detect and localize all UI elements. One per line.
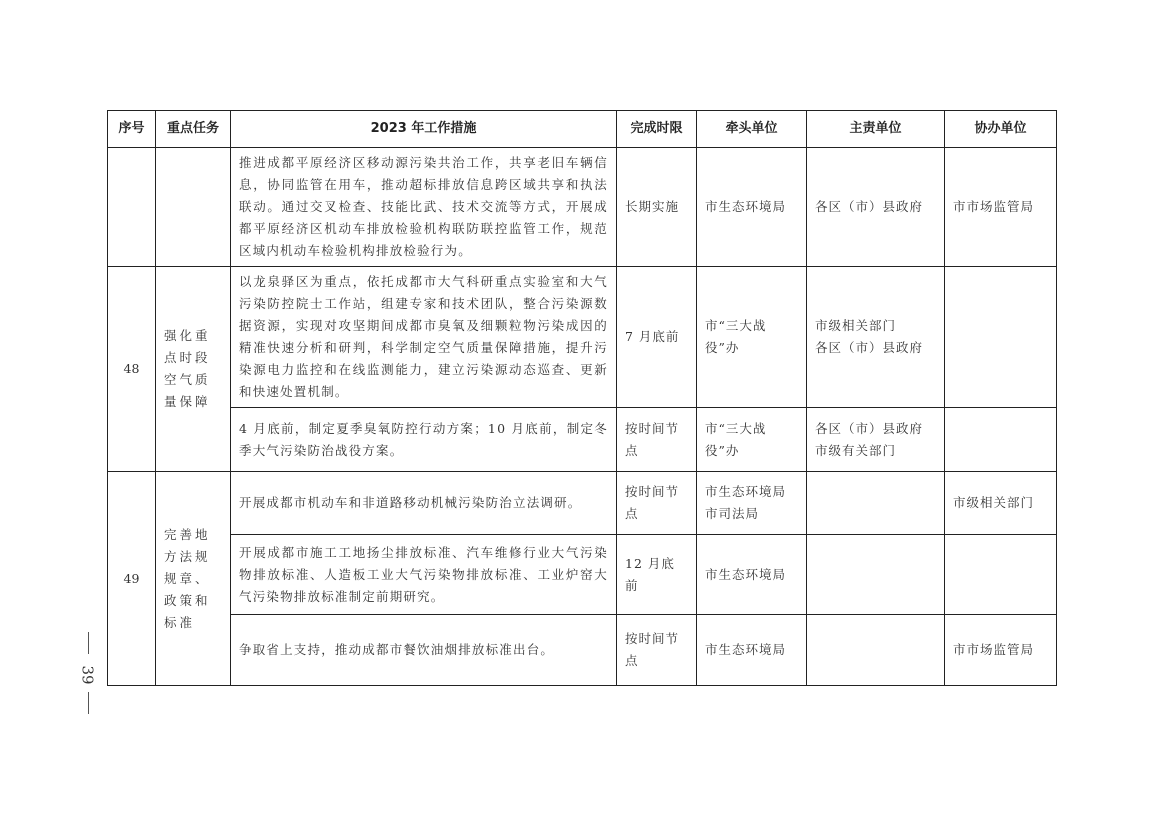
row-measure: 以龙泉驿区为重点，依托成都市大气科研重点实验室和大气污染防控院士工作站，组建专家… xyxy=(231,267,617,408)
row-lead: 市生态环境局 xyxy=(697,148,807,267)
row-responsible xyxy=(807,615,945,686)
row-lead: 市生态环境局 xyxy=(697,615,807,686)
table-row: 争取省上支持，推动成都市餐饮油烟排放标准出台。 按时间节点 市生态环境局 市市场… xyxy=(108,615,1057,686)
row-measure: 开展成都市机动车和非道路移动机械污染防治立法调研。 xyxy=(231,472,617,535)
row-responsible: 市级相关部门 各区（市）县政府 xyxy=(807,267,945,408)
header-measure: 2023 年工作措施 xyxy=(231,111,617,148)
table-row: 48 强化重点时段空气质量保障 以龙泉驿区为重点，依托成都市大气科研重点实验室和… xyxy=(108,267,1057,408)
header-deadline: 完成时限 xyxy=(617,111,697,148)
header-responsible: 主责单位 xyxy=(807,111,945,148)
row-measure: 争取省上支持，推动成都市餐饮油烟排放标准出台。 xyxy=(231,615,617,686)
row-lead: 市“三大战役”办 xyxy=(697,408,807,472)
row-measure: 推进成都平原经济区移动源污染共治工作，共享老旧车辆信息，协同监管在用车，推动超标… xyxy=(231,148,617,267)
row-responsible: 各区（市）县政府 xyxy=(807,148,945,267)
measures-table: 序号 重点任务 2023 年工作措施 完成时限 牵头单位 主责单位 协办单位 推… xyxy=(107,110,1057,686)
row-no xyxy=(108,148,156,267)
header-task: 重点任务 xyxy=(156,111,231,148)
row-deadline: 按时间节点 xyxy=(617,472,697,535)
row-no: 49 xyxy=(108,472,156,686)
row-lead: 市“三大战役”办 xyxy=(697,267,807,408)
row-assist: 市级相关部门 xyxy=(945,472,1057,535)
row-deadline: 长期实施 xyxy=(617,148,697,267)
row-no: 48 xyxy=(108,267,156,472)
header-lead: 牵头单位 xyxy=(697,111,807,148)
row-lead: 市生态环境局 市司法局 xyxy=(697,472,807,535)
row-task xyxy=(156,148,231,267)
row-lead: 市生态环境局 xyxy=(697,535,807,615)
row-assist: 市市场监管局 xyxy=(945,615,1057,686)
header-no: 序号 xyxy=(108,111,156,148)
row-measure: 4 月底前，制定夏季臭氧防控行动方案；10 月底前，制定冬季大气污染防治战役方案… xyxy=(231,408,617,472)
row-deadline: 按时间节点 xyxy=(617,615,697,686)
row-assist: 市市场监管局 xyxy=(945,148,1057,267)
row-assist xyxy=(945,267,1057,408)
page-dash-bottom xyxy=(88,692,89,714)
row-responsible xyxy=(807,535,945,615)
row-deadline: 12 月底前 xyxy=(617,535,697,615)
table-row: 推进成都平原经济区移动源污染共治工作，共享老旧车辆信息，协同监管在用车，推动超标… xyxy=(108,148,1057,267)
page-number: 39 xyxy=(74,632,104,712)
table-row: 49 完善地方法规规章、政策和标准 开展成都市机动车和非道路移动机械污染防治立法… xyxy=(108,472,1057,535)
table-header-row: 序号 重点任务 2023 年工作措施 完成时限 牵头单位 主责单位 协办单位 xyxy=(108,111,1057,148)
row-task: 完善地方法规规章、政策和标准 xyxy=(156,472,231,686)
row-responsible: 各区（市）县政府 市级有关部门 xyxy=(807,408,945,472)
table-row: 开展成都市施工工地扬尘排放标准、汽车维修行业大气污染物排放标准、人造板工业大气污… xyxy=(108,535,1057,615)
page-dash-top xyxy=(88,632,89,654)
row-responsible xyxy=(807,472,945,535)
row-assist xyxy=(945,408,1057,472)
row-assist xyxy=(945,535,1057,615)
header-assist: 协办单位 xyxy=(945,111,1057,148)
page-number-text: 39 xyxy=(79,665,97,684)
row-task: 强化重点时段空气质量保障 xyxy=(156,267,231,472)
table-row: 4 月底前，制定夏季臭氧防控行动方案；10 月底前，制定冬季大气污染防治战役方案… xyxy=(108,408,1057,472)
row-measure: 开展成都市施工工地扬尘排放标准、汽车维修行业大气污染物排放标准、人造板工业大气污… xyxy=(231,535,617,615)
row-deadline: 7 月底前 xyxy=(617,267,697,408)
row-deadline: 按时间节点 xyxy=(617,408,697,472)
